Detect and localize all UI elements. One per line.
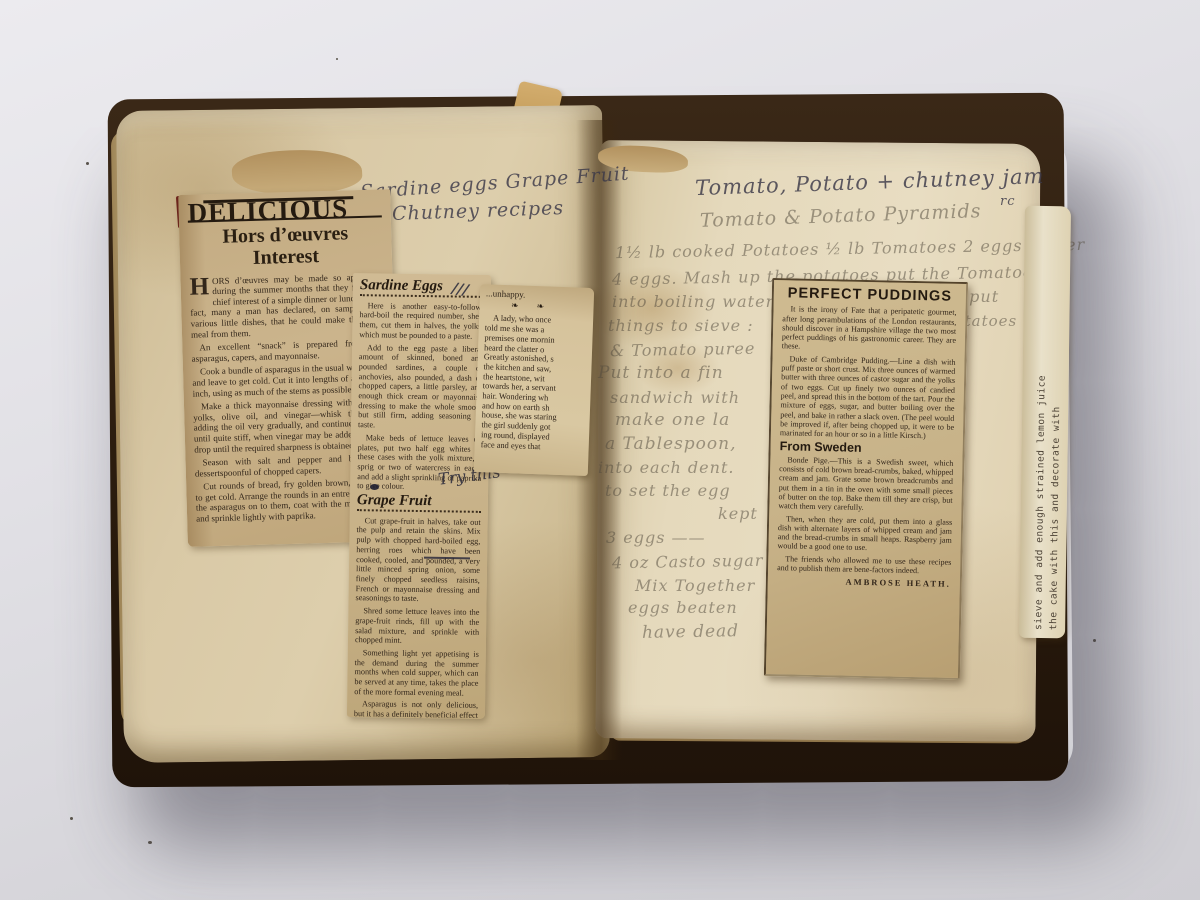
dust-speck	[148, 841, 152, 844]
dust-speck	[70, 817, 73, 820]
sardine-eggs-clipping: Sardine Eggs Here is another easy-to-fol…	[347, 273, 491, 719]
typed-page-edge: sieve and add enough strained lemon juic…	[1019, 206, 1071, 639]
handwriting-line: make one la	[615, 410, 730, 430]
dust-speck	[1093, 639, 1096, 642]
article-paragraph: Then, when they are cold, put them into …	[777, 514, 952, 555]
ink-strokes: ///	[451, 279, 470, 299]
handwriting-line: to set the egg	[605, 481, 731, 500]
lady-anecdote-clipping: ...unhappy. ❧❧ A lady, who once told me …	[474, 284, 594, 476]
perfect-puddings-clipping: PERFECT PUDDINGS It is the irony of Fate…	[764, 278, 968, 680]
handwriting-line: have dead	[642, 621, 739, 643]
article-paragraph: Asparagus is not only delicious, but it …	[354, 700, 479, 719]
article-paragraph: Shred some lettuce leaves into the grape…	[355, 606, 480, 647]
handwriting-line: 3 eggs ——	[606, 528, 706, 547]
dust-speck	[86, 162, 89, 165]
byline-ambrose-heath: AMBROSE HEATH.	[777, 576, 951, 589]
handwriting-line: into each dent.	[598, 458, 734, 477]
handwriting-line: Put into a fin	[598, 363, 724, 383]
article-paragraph: Here is another easy-to-follow: hard-boi…	[359, 301, 484, 342]
handwriting-line: sandwich with	[610, 388, 740, 407]
handwriting-line: 4 oz Casto sugar	[612, 551, 764, 573]
article-paragraph: Bonde Pige.—This is a Swedish sweet, whi…	[778, 455, 953, 514]
handwriting-line: & Tomato puree	[610, 339, 756, 361]
article-paragraph: The friends who allowed me to use these …	[777, 554, 951, 576]
ink-blot	[370, 484, 379, 490]
from-sweden-subheading: From Sweden	[780, 443, 954, 456]
dust-speck	[336, 58, 338, 60]
handwriting-line: Mix Together	[635, 576, 755, 595]
handwriting-line: a Tablespoon,	[605, 434, 737, 454]
vertical-typed-text: sieve and add enough strained lemon juic…	[1031, 214, 1067, 630]
drop-cap: H	[189, 276, 209, 299]
article-paragraph: Cut grape-fruit in halves, take out the …	[355, 516, 480, 605]
handwriting-line: things to sieve :	[608, 316, 754, 335]
article-paragraph: It is the irony of Fate that a peripatet…	[782, 305, 957, 355]
grapefruit-heading: Grape Fruit	[357, 496, 481, 507]
handwriting-line: rc	[1000, 194, 1016, 209]
floral-ornament-icon: ❧❧	[485, 301, 587, 314]
handwriting-line: kept	[718, 504, 758, 523]
handwriting-line: into boiling water	[612, 292, 774, 311]
article-heading: Hors d’œuvres Interest	[188, 221, 383, 270]
scrapbook-photo-scene: Sardine eggs Grape Fruit Chutney recipes…	[0, 0, 1200, 900]
article-paragraph: Duke of Cambridge Pudding.—Line a dish w…	[780, 354, 956, 441]
article-paragraph: Add to the egg paste a liberal amount of…	[358, 343, 483, 432]
handwriting-line: eggs beaten	[628, 598, 738, 617]
puddings-title: PERFECT PUDDINGS	[783, 289, 957, 302]
article-paragraph: Something light yet appetising is the de…	[354, 648, 479, 698]
